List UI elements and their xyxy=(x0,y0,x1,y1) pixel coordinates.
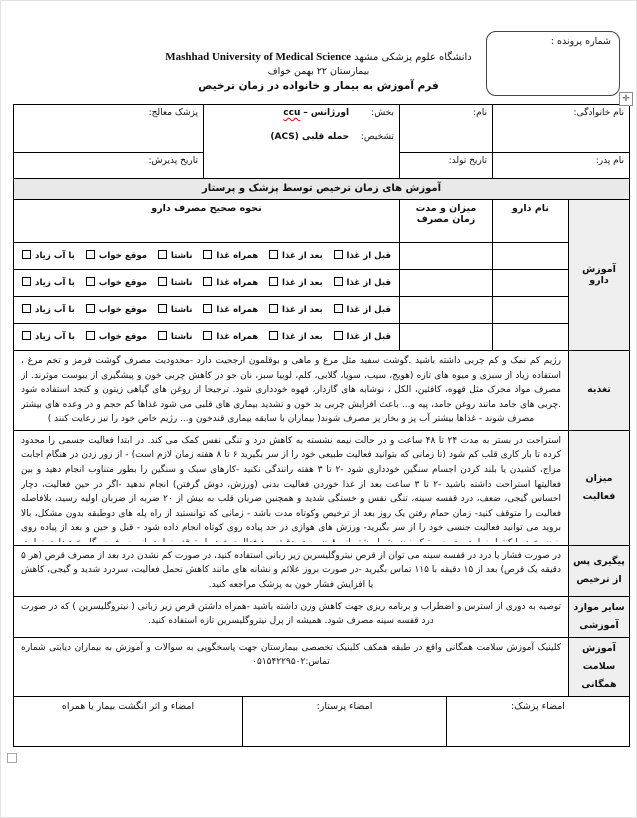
drug-name-header: نام دارو xyxy=(493,200,569,243)
activity-text: استراحت در بستر به مدت ۲۴ تا ۴۸ ساعت و د… xyxy=(21,434,561,542)
birth-date-label: تاریخ تولد: xyxy=(449,156,487,166)
checkbox-with-food[interactable] xyxy=(203,304,212,313)
physician-label: پزشک معالج: xyxy=(149,108,198,118)
option-label: با آب زیاد xyxy=(35,278,75,288)
diagnosis-line: تشخیص: حمله قلبی (ACS) xyxy=(209,132,394,142)
ward-value-ccu: ccu xyxy=(283,108,300,118)
followup-content-cell: در صورت فشار یا درد در قفسه سینه می توان… xyxy=(13,545,568,596)
usage-options-cell: قبل از غذا بعد از غذا همراه غذا ناشتا مو… xyxy=(13,243,399,270)
option-label: همراه غذا xyxy=(216,305,258,315)
option-label: ناشتا xyxy=(171,332,193,342)
drug-name-input-cell[interactable] xyxy=(493,270,569,297)
checkbox-after-food[interactable] xyxy=(269,277,278,286)
checkbox-after-food[interactable] xyxy=(269,304,278,313)
option-label: موقع خواب xyxy=(99,332,147,342)
dose-input-cell[interactable] xyxy=(399,270,492,297)
admission-date-label: تاریخ پذیرش: xyxy=(148,156,198,166)
option-label: موقع خواب xyxy=(99,305,147,315)
option-much-water: با آب زیاد xyxy=(22,304,75,315)
option-label: همراه غذا xyxy=(216,332,258,342)
father-name-cell[interactable]: نام پدر: xyxy=(493,153,630,179)
option-much-water: با آب زیاد xyxy=(22,331,75,342)
usage-options-cell: قبل از غذا بعد از غذا همراه غذا ناشتا مو… xyxy=(13,324,399,351)
option-before-food: قبل از غذا xyxy=(334,331,391,342)
option-label: قبل از غذا xyxy=(347,278,391,288)
doctor-signature-label: امضاء پزشک: xyxy=(511,701,565,712)
option-label: بعد از غذا xyxy=(282,305,323,315)
option-with-food: همراه غذا xyxy=(203,331,258,342)
other-education-label: سایر موارد آموزشی xyxy=(569,596,630,637)
public-health-text: کلینیک آموزش سلامت همگانی واقع در طبقه ه… xyxy=(21,641,561,670)
option-bedtime: موقع خواب xyxy=(86,250,147,261)
option-label: قبل از غذا xyxy=(347,251,391,261)
discharge-education-form: نام خانوادگی: نام: بخش: اورژانس – ccu تش… xyxy=(13,104,630,747)
activity-content-cell: استراحت در بستر به مدت ۲۴ تا ۴۸ ساعت و د… xyxy=(13,430,568,545)
option-before-food: قبل از غذا xyxy=(334,304,391,315)
first-name-cell[interactable]: نام: xyxy=(399,105,492,153)
dose-input-cell[interactable] xyxy=(399,243,492,270)
activity-label: میزان فعالیت xyxy=(569,430,630,545)
hospital-name: بیمارستان ۲۲ بهمن خواف xyxy=(1,66,636,77)
checkbox-after-food[interactable] xyxy=(269,250,278,259)
checkbox-before-food[interactable] xyxy=(334,304,343,313)
other-education-text: توصیه به دوری از استرس و اضطراب و برنامه… xyxy=(21,600,561,629)
medication-row: قبل از غذا بعد از غذا همراه غذا ناشتا مو… xyxy=(13,243,629,270)
header-titles: دانشگاه علوم پزشکی مشهد Mashhad Universi… xyxy=(1,51,636,92)
university-title-en: Mashhad University of Medical Science xyxy=(165,51,351,63)
ward-line: بخش: اورژانس – ccu xyxy=(209,108,394,118)
drug-name-input-cell[interactable] xyxy=(493,297,569,324)
checkbox-fasting[interactable] xyxy=(158,250,167,259)
last-name-label: نام خانوادگی: xyxy=(574,108,624,118)
diagnosis-label: تشخیص: xyxy=(352,132,394,142)
drug-name-input-cell[interactable] xyxy=(493,324,569,351)
public-health-label: آموزش سلامت همگانی xyxy=(569,637,630,696)
medication-header-row: آموزش دارو نام دارو میزان و مدت زمان مصر… xyxy=(13,200,629,243)
usage-options-cell: قبل از غذا بعد از غذا همراه غذا ناشتا مو… xyxy=(13,297,399,324)
section-bar-row: آموزش های زمان ترخیص توسط پزشک و پرستار xyxy=(13,179,629,200)
checkbox-much-water[interactable] xyxy=(22,331,31,340)
section-row-followup: پیگیری پس از ترخیص در صورت فشار یا درد د… xyxy=(13,545,629,596)
option-with-food: همراه غذا xyxy=(203,250,258,261)
table-move-handle-icon[interactable]: ✛ xyxy=(619,92,633,106)
section-row-public-health: آموزش سلامت همگانی کلینیک آموزش سلامت هم… xyxy=(13,637,629,696)
option-label: بعد از غذا xyxy=(282,332,323,342)
doctor-signature-cell[interactable]: امضاء پزشک: xyxy=(447,696,630,746)
option-bedtime: موقع خواب xyxy=(86,277,147,288)
physician-cell[interactable]: پزشک معالج: xyxy=(13,105,203,153)
option-label: همراه غذا xyxy=(216,278,258,288)
followup-text: در صورت فشار یا درد در قفسه سینه می توان… xyxy=(21,549,561,593)
checkbox-much-water[interactable] xyxy=(22,304,31,313)
section-row-nutrition: تغذیه رژیم کم نمک و کم چربی داشته باشید … xyxy=(13,351,629,431)
checkbox-much-water[interactable] xyxy=(22,277,31,286)
checkbox-with-food[interactable] xyxy=(203,277,212,286)
usage-options-cell: قبل از غذا بعد از غذا همراه غذا ناشتا مو… xyxy=(13,270,399,297)
checkbox-before-food[interactable] xyxy=(334,277,343,286)
checkbox-with-food[interactable] xyxy=(203,331,212,340)
section-row-activity: میزان فعالیت استراحت در بستر به مدت ۲۴ ت… xyxy=(13,430,629,545)
checkbox-after-food[interactable] xyxy=(269,331,278,340)
medication-row: قبل از غذا بعد از غذا همراه غذا ناشتا مو… xyxy=(13,270,629,297)
patient-signature-cell[interactable]: امضاء و اثر انگشت بیمار یا همراه xyxy=(13,696,242,746)
option-bedtime: موقع خواب xyxy=(86,331,147,342)
checkbox-bedtime[interactable] xyxy=(86,331,95,340)
option-label: با آب زیاد xyxy=(35,251,75,261)
option-label: موقع خواب xyxy=(99,251,147,261)
move-arrows-glyph: ✛ xyxy=(622,95,630,104)
file-number-label: شماره پرونده : xyxy=(551,36,611,47)
usage-options: قبل از غذا بعد از غذا همراه غذا ناشتا مو… xyxy=(22,243,391,268)
signature-row: امضاء پزشک: امضاء پرستار: امضاء و اثر ان… xyxy=(13,696,629,746)
nutrition-label: تغذیه xyxy=(569,351,630,431)
usage-options: قبل از غذا بعد از غذا همراه غذا ناشتا مو… xyxy=(22,324,391,349)
option-much-water: با آب زیاد xyxy=(22,277,75,288)
option-label: بعد از غذا xyxy=(282,251,323,261)
checkbox-fasting[interactable] xyxy=(158,277,167,286)
checkbox-bedtime[interactable] xyxy=(86,304,95,313)
form-title: فرم آموزش به بیمار و خانواده در زمان ترخ… xyxy=(1,80,636,92)
medication-group-label: آموزش دارو xyxy=(569,200,630,351)
patient-signature-label: امضاء و اثر انگشت بیمار یا همراه xyxy=(62,701,194,712)
medication-row: قبل از غذا بعد از غذا همراه غذا ناشتا مو… xyxy=(13,297,629,324)
public-health-content-cell: کلینیک آموزش سلامت همگانی واقع در طبقه ه… xyxy=(13,637,568,696)
birth-date-cell[interactable]: تاریخ تولد: xyxy=(399,153,492,179)
option-label: بعد از غذا xyxy=(282,278,323,288)
checkbox-before-food[interactable] xyxy=(334,331,343,340)
usage-options: قبل از غذا بعد از غذا همراه غذا ناشتا مو… xyxy=(22,270,391,295)
checkbox-before-food[interactable] xyxy=(334,250,343,259)
option-label: ناشتا xyxy=(171,305,193,315)
option-after-food: بعد از غذا xyxy=(269,250,323,261)
ward-label: بخش: xyxy=(352,108,394,118)
option-fasting: ناشتا xyxy=(158,331,193,342)
option-label: ناشتا xyxy=(171,278,193,288)
checkbox-fasting[interactable] xyxy=(158,331,167,340)
checkbox-much-water[interactable] xyxy=(22,250,31,259)
option-much-water: با آب زیاد xyxy=(22,250,75,261)
nutrition-content-cell: رژیم کم نمک و کم چربی داشته باشید .گوشت … xyxy=(13,351,568,431)
document-header: شماره پرونده : دانشگاه علوم پزشکی مشهد M… xyxy=(1,1,636,104)
patient-info-row-1: نام خانوادگی: نام: بخش: اورژانس – ccu تش… xyxy=(13,105,629,153)
checkbox-with-food[interactable] xyxy=(203,250,212,259)
section-bar-title: آموزش های زمان ترخیص توسط پزشک و پرستار xyxy=(13,179,629,200)
father-name-label: نام پدر: xyxy=(596,156,624,166)
option-label: موقع خواب xyxy=(99,278,147,288)
word-document-page: شماره پرونده : دانشگاه علوم پزشکی مشهد M… xyxy=(0,0,637,818)
dose-input-cell[interactable] xyxy=(399,324,492,351)
option-before-food: قبل از غذا xyxy=(334,277,391,288)
option-fasting: ناشتا xyxy=(158,304,193,315)
dose-duration-header: میزان و مدت زمان مصرف xyxy=(399,200,492,243)
ward-diagnosis-cell[interactable]: بخش: اورژانس – ccu تشخیص: حمله قلبی (ACS… xyxy=(203,105,399,179)
university-title-fa: دانشگاه علوم پزشکی مشهد xyxy=(354,52,472,63)
option-fasting: ناشتا xyxy=(158,250,193,261)
option-label: با آب زیاد xyxy=(35,305,75,315)
diagnosis-value: حمله قلبی (ACS) xyxy=(270,132,349,142)
nutrition-text: رژیم کم نمک و کم چربی داشته باشید .گوشت … xyxy=(21,354,561,427)
usage-header: نحوه صحیح مصرف دارو xyxy=(13,200,399,243)
other-education-content-cell: توصیه به دوری از استرس و اضطراب و برنامه… xyxy=(13,596,568,637)
first-name-label: نام: xyxy=(473,108,487,118)
table-resize-handle[interactable] xyxy=(7,753,17,763)
nurse-signature-cell[interactable]: امضاء پرستار: xyxy=(242,696,446,746)
option-bedtime: موقع خواب xyxy=(86,304,147,315)
option-with-food: همراه غذا xyxy=(203,277,258,288)
option-with-food: همراه غذا xyxy=(203,304,258,315)
option-fasting: ناشتا xyxy=(158,277,193,288)
section-row-other: سایر موارد آموزشی توصیه به دوری از استرس… xyxy=(13,596,629,637)
option-label: همراه غذا xyxy=(216,251,258,261)
option-label: ناشتا xyxy=(171,251,193,261)
option-label: قبل از غذا xyxy=(347,305,391,315)
option-before-food: قبل از غذا xyxy=(334,250,391,261)
option-after-food: بعد از غذا xyxy=(269,277,323,288)
option-label: با آب زیاد xyxy=(35,332,75,342)
followup-label: پیگیری پس از ترخیص xyxy=(569,545,630,596)
university-title: دانشگاه علوم پزشکی مشهد Mashhad Universi… xyxy=(1,51,636,63)
last-name-cell[interactable]: نام خانوادگی: xyxy=(493,105,630,153)
admission-date-cell[interactable]: تاریخ پذیرش: xyxy=(13,153,203,179)
checkbox-bedtime[interactable] xyxy=(86,277,95,286)
checkbox-bedtime[interactable] xyxy=(86,250,95,259)
drug-name-input-cell[interactable] xyxy=(493,243,569,270)
checkbox-fasting[interactable] xyxy=(158,304,167,313)
option-after-food: بعد از غذا xyxy=(269,304,323,315)
option-after-food: بعد از غذا xyxy=(269,331,323,342)
ward-value: اورژانس – xyxy=(303,108,349,118)
nurse-signature-label: امضاء پرستار: xyxy=(317,701,373,712)
usage-options: قبل از غذا بعد از غذا همراه غذا ناشتا مو… xyxy=(22,297,391,322)
option-label: قبل از غذا xyxy=(347,332,391,342)
medication-row: قبل از غذا بعد از غذا همراه غذا ناشتا مو… xyxy=(13,324,629,351)
dose-input-cell[interactable] xyxy=(399,297,492,324)
